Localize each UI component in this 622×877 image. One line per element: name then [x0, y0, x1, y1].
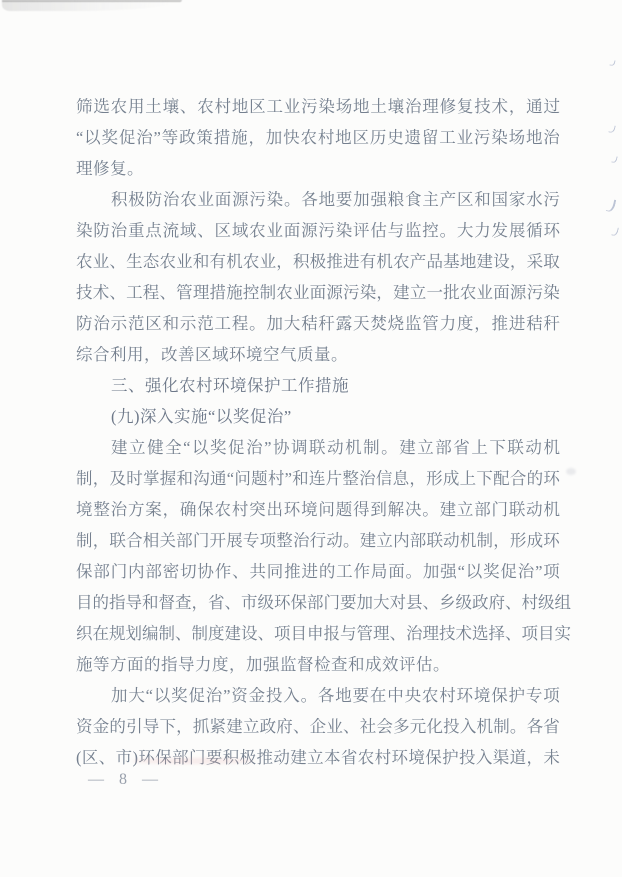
document-line: 制，联合相关部门开展专项整治行动。建立内部联动机制，形成环 [76, 525, 560, 556]
page-number: — 8 — [88, 768, 160, 792]
document-line: 资金的引导下，抓紧建立政府、企业、社会多元化投入机制。各省 [76, 711, 560, 742]
scan-pink-smudge [132, 758, 254, 764]
scan-smudge [566, 468, 576, 475]
document-text-block: 筛选农用土壤、农村地区工业污染场地土壤治理修复技术，通过 “以奖促治”等政策措施… [76, 91, 560, 773]
document-page: 筛选农用土壤、农村地区工业污染场地土壤治理修复技术，通过 “以奖促治”等政策措施… [0, 0, 622, 877]
document-line: 积极防治农业面源污染。各地要加强粮食主产区和国家水污 [76, 184, 560, 215]
scan-mark [611, 156, 617, 164]
document-line: 目的指导和督查，省、市级环保部门要加大对县、乡级政府、村级组 [76, 587, 560, 618]
scan-edge-curl-artifact [2, 0, 182, 11]
document-line: 综合利用，改善区域环境空气质量。 [76, 339, 560, 370]
document-line: 保部门内部密切协作、共同推进的工作局面。加强“以奖促治”项 [76, 556, 560, 587]
scan-mark [611, 226, 619, 236]
document-line: 施等方面的指导力度，加强监督检查和成效评估。 [76, 649, 560, 680]
document-line: 技术、工程、管理措施控制农业面源污染，建立一批农业面源污染 [76, 277, 560, 308]
document-line: 制，及时掌握和沟通“问题村”和连片整治信息，形成上下配合的环 [76, 463, 560, 494]
document-line: 织在规划编制、制度建设、项目申报与管理、治理技术选择、项目实 [76, 618, 560, 649]
section-heading: 三、强化农村环境保护工作措施 [76, 370, 560, 401]
scan-mark [606, 198, 617, 212]
document-line: “以奖促治”等政策措施，加快农村地区历史遗留工业污染场地治 [76, 122, 560, 153]
document-line: 建立健全“以奖促治”协调联动机制。建立部省上下联动机 [76, 432, 560, 463]
document-line: 理修复。 [76, 153, 560, 184]
scan-mark [609, 60, 615, 67]
document-line: 加大“以奖促治”资金投入。各地要在中央农村环境保护专项 [76, 680, 560, 711]
document-line: 筛选农用土壤、农村地区工业污染场地土壤治理修复技术，通过 [76, 91, 560, 122]
scan-mark [608, 124, 616, 133]
document-line: 境整治方案，确保农村突出环境问题得到解决。建立部门联动机 [76, 494, 560, 525]
document-line: 染防治重点流域、区域农业面源污染评估与监控。大力发展循环 [76, 215, 560, 246]
document-line: 防治示范区和示范工程。加大秸秆露天焚烧监管力度，推进秸秆 [76, 308, 560, 339]
document-line: 农业、生态农业和有机农业，积极推进有机农产品基地建设，采取 [76, 246, 560, 277]
subsection-heading: (九)深入实施“以奖促治” [76, 401, 560, 432]
